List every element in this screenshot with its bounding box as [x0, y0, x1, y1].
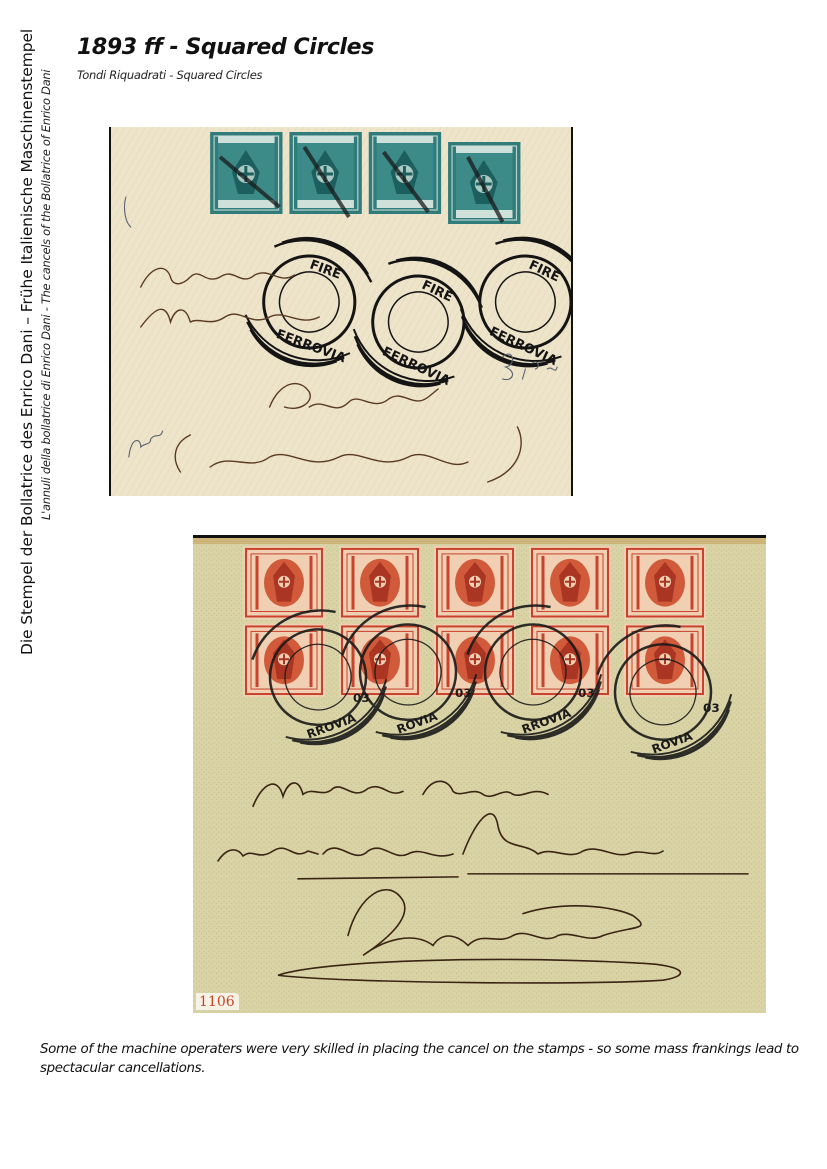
- side-header: Die Stempel der Bollatrice des Enrico Da…: [18, 15, 66, 655]
- svg-text:03: 03: [353, 691, 370, 705]
- page-title: 1893 ff - Squared Circles: [77, 35, 374, 60]
- svg-text:03: 03: [455, 686, 472, 700]
- side-header-title: Die Stempel der Bollatrice des Enrico Da…: [18, 29, 36, 655]
- side-header-subtitle: L'annuli della bollatrice di Enrico Dani…: [39, 70, 53, 520]
- svg-text:03: 03: [703, 701, 720, 715]
- cover-2-illustration: RROVIA ROVIA RROVIA ROVIA 03 03 03 03: [193, 538, 766, 1013]
- inventory-label: 1106: [196, 993, 239, 1010]
- caption: Some of the machine operaters were very …: [40, 1040, 800, 1078]
- cover-image-1: FIRE FIRE FIRE FERROVIA FERROVIA FERROVI…: [109, 127, 573, 496]
- page-subtitle: Tondi Riquadrati - Squared Circles: [77, 68, 262, 82]
- cover-1-illustration: FIRE FIRE FIRE FERROVIA FERROVIA FERROVI…: [111, 127, 571, 496]
- svg-text:03: 03: [578, 686, 595, 700]
- cover-image-2: RROVIA ROVIA RROVIA ROVIA 03 03 03 03 11…: [193, 535, 766, 1013]
